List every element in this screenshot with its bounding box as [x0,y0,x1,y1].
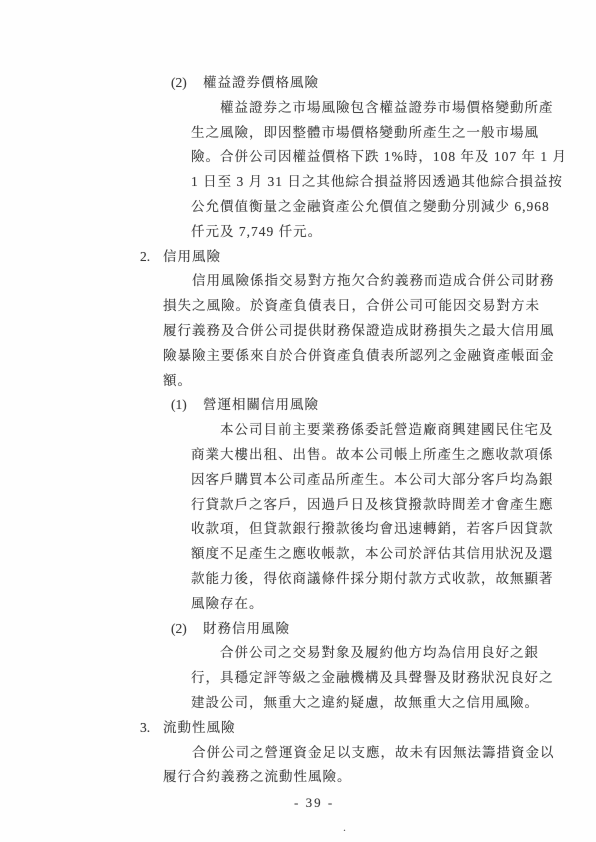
paragraph-line: 行貸款戶之客戶，因過戶日及核貸撥款時間差才會產生應 [0,493,596,518]
paragraph-line: 信用風險係指交易對方拖欠合約義務而造成合併公司財務 [0,269,596,294]
paragraph-line: 1 日至 3 月 31 日之其他綜合損益將因透過其他綜合損益按 [0,170,596,195]
section-number: 3. [140,716,163,741]
document-body: (2)權益證券價格風險 權益證券之市場風險包含權益證券市場價格變動所產 生之風險… [0,71,596,790]
section-heading-liquidity-risk: 3.流動性風險 [0,716,596,741]
paragraph-line: 公允價值衡量之金融資產公允價值之變動分別減少 6,968 [0,195,596,220]
paragraph-line: 險。合併公司因權益價格下跌 1%時，108 年及 107 年 1 月 [0,145,596,170]
paragraph-line: 履行義務及合併公司提供財務保證造成財務損失之最大信用風 [0,319,596,344]
section-number: 2. [140,245,163,270]
paragraph-line: 額度不足產生之應收帳款，本公司於評估其信用狀況及還 [0,542,596,567]
paragraph-line: 額。 [0,369,596,394]
subsection-title: 財務信用風險 [203,621,290,636]
section-title: 信用風險 [163,249,221,264]
paragraph-line: 合併公司之營運資金足以支應，故未有因無法籌措資金以 [0,741,596,766]
paragraph-line: 因客戶購買本公司產品所產生。本公司大部分客戶均為銀 [0,468,596,493]
document-page: (2)權益證券價格風險 權益證券之市場風險包含權益證券市場價格變動所產 生之風險… [0,0,596,842]
paragraph-line: 本公司目前主要業務係委託營造廠商興建國民住宅及 [0,418,596,443]
subsection-label: (2) [171,71,203,96]
paragraph-line: 損失之風險。於資產負債表日，合併公司可能因交易對方未 [0,294,596,319]
paragraph-line: 風險存在。 [0,592,596,617]
section-heading-credit-risk: 2.信用風險 [0,245,596,270]
paragraph-line: 仟元及 7,749 仟元。 [0,220,596,245]
paragraph-line: 收款項，但貸款銀行撥款後均會迅速轉銷，若客戶因貸款 [0,517,596,542]
paragraph-line: 合併公司之交易對象及履約他方均為信用良好之銀 [0,641,596,666]
paragraph-line: 險暴險主要係來自於合併資產負債表所認列之金融資產帳面金 [0,344,596,369]
subsection-heading-financial-credit-risk: (2)財務信用風險 [0,617,596,642]
paragraph-line: 款能力後，得依商議條件採分期付款方式收款，故無顯著 [0,567,596,592]
paragraph-line: 權益證券之市場風險包含權益證券市場價格變動所產 [0,96,596,121]
paragraph-line: 履行合約義務之流動性風險。 [0,765,596,790]
subsection-label: (1) [171,393,203,418]
paragraph-line: 生之風險，即因整體市場價格變動所產生之一般市場風 [0,121,596,146]
section-title: 流動性風險 [163,720,236,735]
subsection-heading-operating-credit-risk: (1)營運相關信用風險 [0,393,596,418]
paragraph-line: 行，具穩定評等級之金融機構及具聲譽及財務狀況良好之 [0,666,596,691]
page-number: - 39 - [294,795,334,811]
paragraph-line: 商業大樓出租、出售。故本公司帳上所產生之應收款項係 [0,443,596,468]
paragraph-line: 建設公司，無重大之違約疑慮，故無重大之信用風險。 [0,691,596,716]
subsection-title: 權益證券價格風險 [203,75,319,90]
subsection-title: 營運相關信用風險 [203,397,319,412]
subsection-heading-equity-price-risk: (2)權益證券價格風險 [0,71,596,96]
stray-mark: . [343,820,346,835]
subsection-label: (2) [171,617,203,642]
